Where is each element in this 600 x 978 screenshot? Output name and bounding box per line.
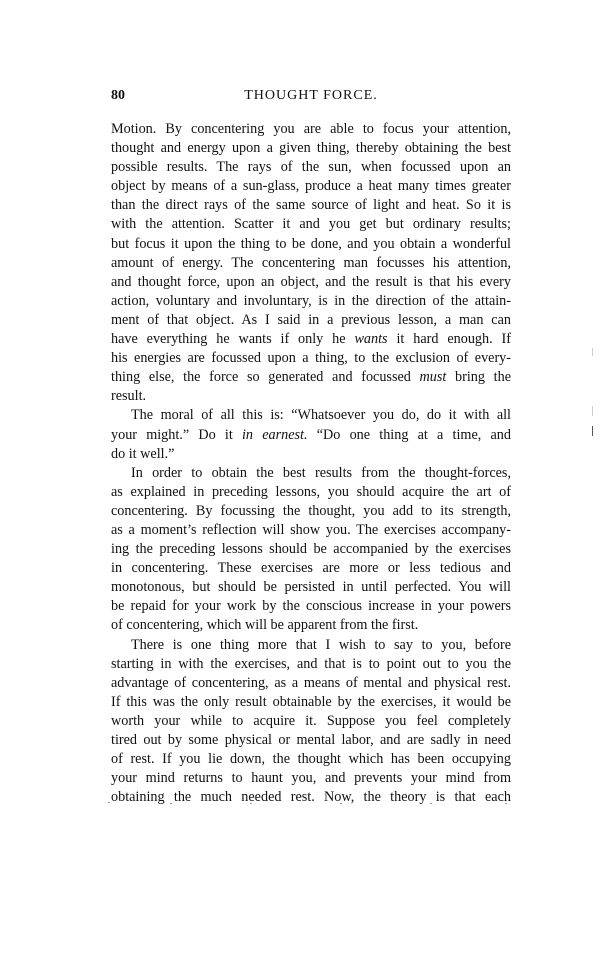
text-line: thought and energy upon a given thing, t…: [111, 139, 511, 158]
text-line: but focus it upon the thing to be done, …: [111, 235, 511, 254]
text-line: your might.” Do it in earnest. “Do one t…: [111, 426, 511, 445]
page-header: 80 THOUGHT FORCE.: [111, 88, 511, 106]
text-line: In order to obtain the best results from…: [111, 464, 511, 483]
book-page: 80 THOUGHT FORCE. Motion. By concenterin…: [0, 0, 600, 978]
text-line: than the direct rays of the same source …: [111, 196, 511, 215]
text-line: do it well.”: [111, 445, 511, 464]
text-line: in concentering. These exercises are mor…: [111, 559, 511, 578]
text-line: and thought force, upon an object, and t…: [111, 273, 511, 292]
emphasis: wants: [354, 331, 387, 347]
text-line: action, voluntary and involuntary, is in…: [111, 292, 511, 311]
body-text: Motion. By concentering you are able to …: [111, 120, 511, 807]
scan-speck: [340, 803, 342, 804]
text-line: be repaid for your work by the conscious…: [111, 597, 511, 616]
text-line: result.: [111, 387, 511, 406]
margin-mark: [592, 348, 593, 356]
text-line: monotonous, but should be persisted in u…: [111, 578, 511, 597]
text-line: thing else, the force so generated and f…: [111, 368, 511, 387]
text-line: of rest. If you lie down, the thought wh…: [111, 750, 511, 769]
text-line: have everything he wants if only he want…: [111, 330, 511, 349]
text-line: ing the preceding lessons should be acco…: [111, 540, 511, 559]
text-line: There is one thing more that I wish to s…: [111, 636, 511, 655]
scan-speck: [170, 803, 172, 804]
text-line: The moral of all this is: “Whatsoever yo…: [111, 406, 511, 425]
text-line: worth your while to acquire it. Suppose …: [111, 712, 511, 731]
text-line: your mind returns to haunt you, and prev…: [111, 769, 511, 788]
emphasis: in earnest.: [242, 427, 308, 443]
text-line: tired out by some physical or mental lab…: [111, 731, 511, 750]
text-line: with the attention. Scatter it and you g…: [111, 215, 511, 234]
text-line: object by means of a sun-glass, produce …: [111, 177, 511, 196]
scan-speck: [108, 802, 110, 803]
text-line: starting in with the exercises, and that…: [111, 655, 511, 674]
text-line: ment of that object. As I said in a prev…: [111, 311, 511, 330]
margin-mark: [592, 426, 593, 436]
text-line: his energies are focussed upon a thing, …: [111, 349, 511, 368]
text-line: concentering. By focussing the thought, …: [111, 502, 511, 521]
text-line: possible results. The rays of the sun, w…: [111, 158, 511, 177]
scan-speck: [430, 803, 432, 804]
text-line: as a moment’s reflection will show you. …: [111, 521, 511, 540]
text-line: of concentering, which will be apparent …: [111, 616, 511, 635]
text-line: advantage of concentering, as a means of…: [111, 674, 511, 693]
text-line: amount of energy. The concentering man f…: [111, 254, 511, 273]
margin-mark: [592, 406, 593, 416]
running-title: THOUGHT FORCE.: [111, 88, 511, 104]
scan-speck: [250, 803, 252, 804]
emphasis: must: [420, 369, 447, 385]
text-line: If this was the only result obtainable b…: [111, 693, 511, 712]
text-line: Motion. By concentering you are able to …: [111, 120, 511, 139]
text-line: as explained in preceding lessons, you s…: [111, 483, 511, 502]
text-line: obtaining the much needed rest. Now, the…: [111, 788, 511, 807]
scan-speck: [505, 803, 507, 804]
